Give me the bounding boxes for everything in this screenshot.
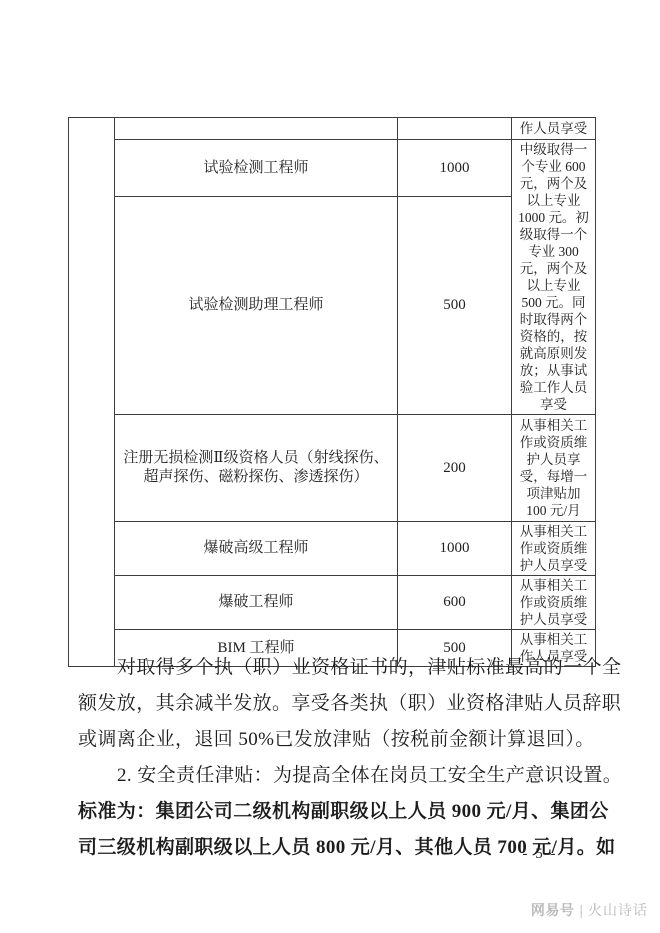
table-cell-amount: 200 [398, 415, 512, 522]
table-cell-amount: 600 [398, 576, 512, 630]
watermark-separator: | [579, 902, 583, 918]
paragraph-line: 标准为：集团公司二级机构副职级以上人员 900 元/月、集团公 [78, 794, 594, 830]
table-cell-amount [398, 118, 512, 140]
watermark-brand-logo: 网易号 [531, 902, 575, 918]
document-page: 作人员享受 试验检测工程师 1000 中级取得一个专业 600 元，两个及以上专… [0, 0, 660, 933]
table-cell-title: 爆破高级工程师 [115, 522, 398, 576]
table-cell-title [115, 118, 398, 140]
body-text: 对取得多个执（职）业资格证书的，津贴标准最高的一个全 额发放，其余减半发放。享受… [78, 650, 594, 866]
table-row: 作人员享受 [69, 118, 596, 140]
table-cell-amount: 500 [398, 197, 512, 415]
table-row: 爆破高级工程师 1000 从事相关工作或资质维护人员享受 [69, 522, 596, 576]
table-cell-title: 试验检测助理工程师 [115, 197, 398, 415]
table-cell-note: 中级取得一个专业 600 元，两个及以上专业 1000 元。初级取得一个专业 3… [512, 140, 596, 415]
table-cell-title: 试验检测工程师 [115, 140, 398, 197]
paragraph-line: 或调离企业，退回 50%已发放津贴（按税前金额计算退回）。 [78, 722, 594, 758]
paragraph-line: 2. 安全责任津贴：为提高全体在岗员工安全生产意识设置。 [78, 758, 594, 794]
table-cell-amount: 1000 [398, 140, 512, 197]
table-cell-amount: 1000 [398, 522, 512, 576]
paragraph-line: 额发放，其余减半发放。享受各类执（职）业资格津贴人员辞职 [78, 686, 594, 722]
table-cell-category [69, 118, 115, 667]
watermark: 网易号|火山诗话 [531, 900, 648, 920]
table-cell-title: 爆破工程师 [115, 576, 398, 630]
table-cell-note: 从事相关工作或资质维护人员享受 [512, 576, 596, 630]
table-row: 试验检测工程师 1000 中级取得一个专业 600 元，两个及以上专业 1000… [69, 140, 596, 197]
table-cell-note: 从事相关工作或资质维护人员享受 [512, 522, 596, 576]
paragraph-qualification-subsidy: 对取得多个执（职）业资格证书的，津贴标准最高的一个全 额发放，其余减半发放。享受… [78, 650, 594, 758]
subsidy-table: 作人员享受 试验检测工程师 1000 中级取得一个专业 600 元，两个及以上专… [68, 117, 596, 667]
table-cell-title: 注册无损检测Ⅱ级资格人员（射线探伤、超声探伤、磁粉探伤、渗透探伤） [115, 415, 398, 522]
table-row: 注册无损检测Ⅱ级资格人员（射线探伤、超声探伤、磁粉探伤、渗透探伤） 200 从事… [69, 415, 596, 522]
table-row: 爆破工程师 600 从事相关工作或资质维护人员享受 [69, 576, 596, 630]
watermark-author: 火山诗话 [588, 902, 648, 918]
paragraph-line: 对取得多个执（职）业资格证书的，津贴标准最高的一个全 [78, 650, 594, 686]
table-cell-note: 从事相关工作或资质维护人员享受，每增一项津贴加 100 元/月 [512, 415, 596, 522]
table-cell-note: 作人员享受 [512, 118, 596, 140]
page-number: - 5 - [505, 846, 575, 863]
